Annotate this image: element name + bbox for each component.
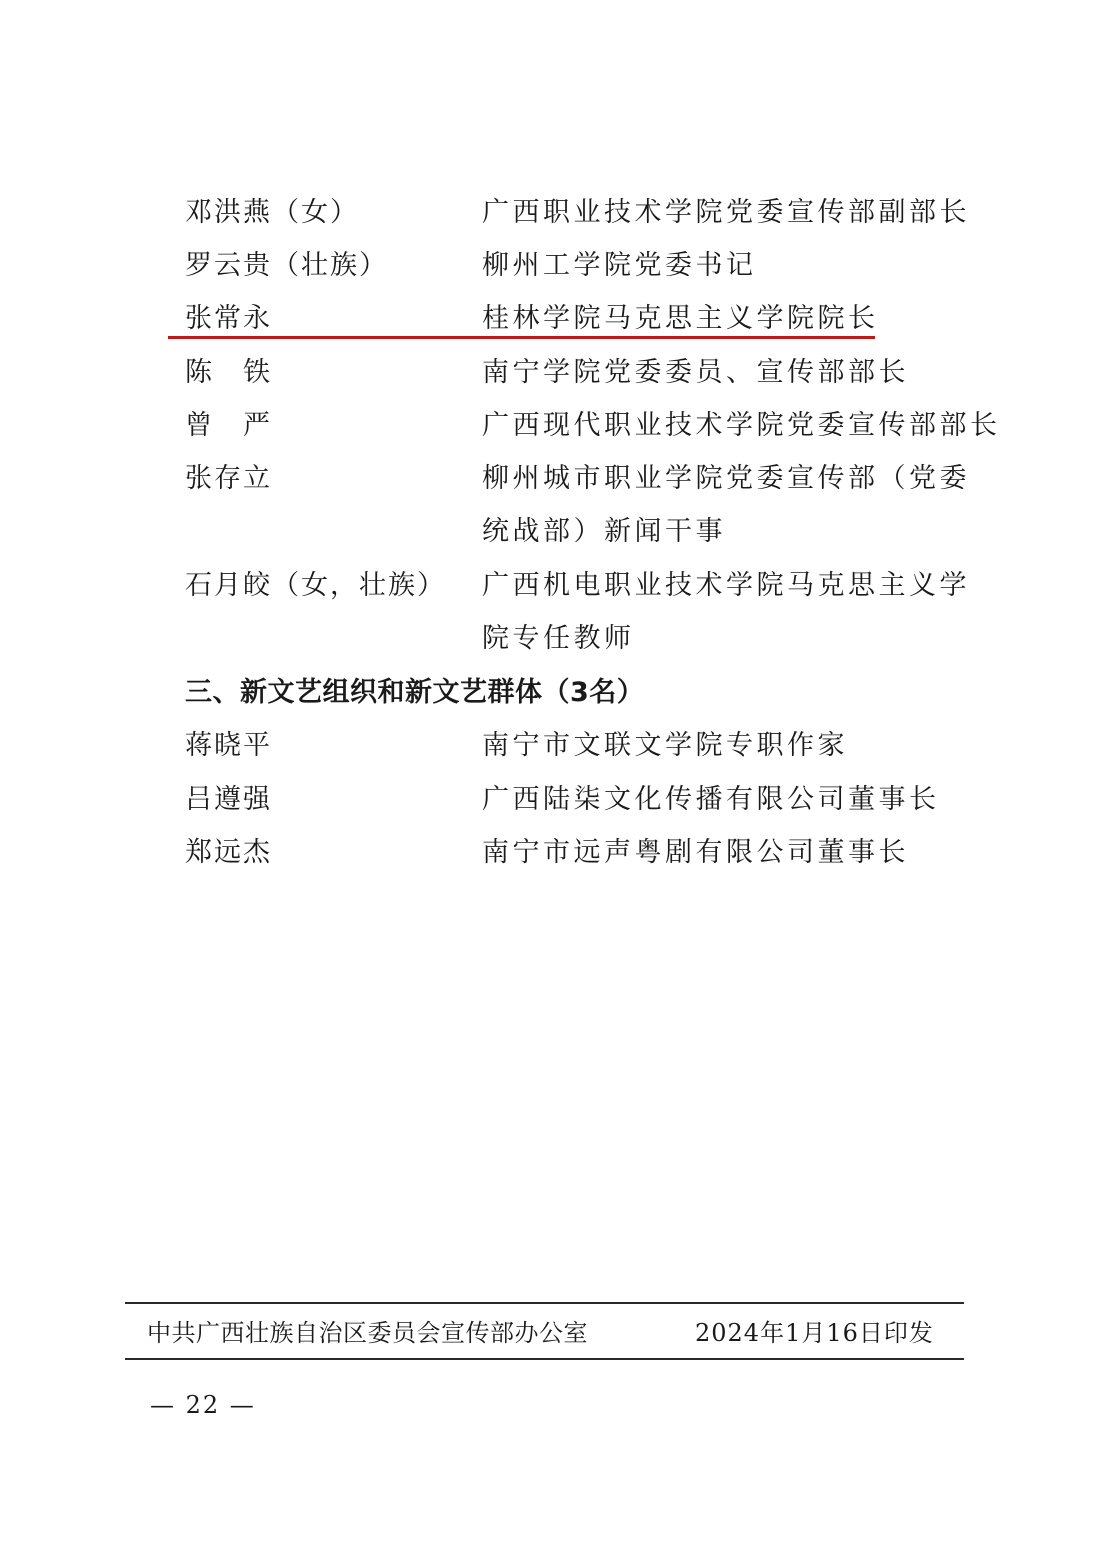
list-item: 郑远杰 南宁市远声粤剧有限公司董事长: [0, 826, 1102, 880]
list-item: 石月皎（女，壮族） 广西机电职业技术学院马克思主义学: [0, 559, 1102, 613]
document-page: 邓洪燕（女） 广西职业技术学院党委宣传部副部长 罗云贵（壮族） 柳州工学院党委书…: [0, 0, 1102, 1557]
person-name: 张存立: [185, 452, 272, 506]
person-title-continued: 院专任教师: [482, 612, 635, 666]
list-item: 张存立 柳州城市职业学院党委宣传部（党委: [0, 452, 1102, 506]
list-item: 吕遵强 广西陆柒文化传播有限公司董事长: [0, 773, 1102, 827]
footer-top-rule: [125, 1302, 964, 1304]
section-heading: 三、新文艺组织和新文艺群体（3名）: [185, 666, 644, 720]
list-item: 罗云贵（壮族） 柳州工学院党委书记: [0, 239, 1102, 293]
person-title: 广西现代职业技术学院党委宣传部部长: [482, 399, 1001, 453]
footer-date: 2024年1月16日印发: [695, 1313, 934, 1353]
person-name: 邓洪燕（女）: [185, 186, 359, 240]
person-name: 郑远杰: [185, 826, 272, 880]
person-name: 吕遵强: [185, 773, 272, 827]
list-item: 陈 铁 南宁学院党委委员、宣传部部长: [0, 346, 1102, 400]
person-title-continued: 统战部）新闻干事: [482, 505, 726, 559]
person-title: 广西职业技术学院党委宣传部副部长: [482, 186, 970, 240]
person-title: 广西陆柒文化传播有限公司董事长: [482, 773, 940, 827]
list-item: 蒋晓平 南宁市文联文学院专职作家: [0, 719, 1102, 773]
person-name: 曾 严: [185, 399, 272, 453]
list-item: 邓洪燕（女） 广西职业技术学院党委宣传部副部长: [0, 186, 1102, 240]
page-number: — 22 —: [150, 1385, 256, 1425]
person-name: 罗云贵（壮族）: [185, 239, 388, 293]
person-name: 石月皎（女，壮族）: [185, 559, 446, 613]
footer-bottom-rule: [125, 1358, 964, 1360]
footer-issuer: 中共广西壮族自治区委员会宣传部办公室: [147, 1313, 588, 1353]
person-title: 柳州工学院党委书记: [482, 239, 757, 293]
person-title: 南宁学院党委委员、宣传部部长: [482, 346, 909, 400]
person-name: 蒋晓平: [185, 719, 272, 773]
person-title: 南宁市远声粤剧有限公司董事长: [482, 826, 909, 880]
list-item: 曾 严 广西现代职业技术学院党委宣传部部长: [0, 399, 1102, 453]
person-title: 广西机电职业技术学院马克思主义学: [482, 559, 970, 613]
red-underline-annotation: [168, 336, 875, 339]
person-title: 南宁市文联文学院专职作家: [482, 719, 848, 773]
person-title: 柳州城市职业学院党委宣传部（党委: [482, 452, 970, 506]
list-item-continuation: 院专任教师: [0, 612, 1102, 666]
person-name: 陈 铁: [185, 346, 272, 400]
list-item-continuation: 统战部）新闻干事: [0, 505, 1102, 559]
